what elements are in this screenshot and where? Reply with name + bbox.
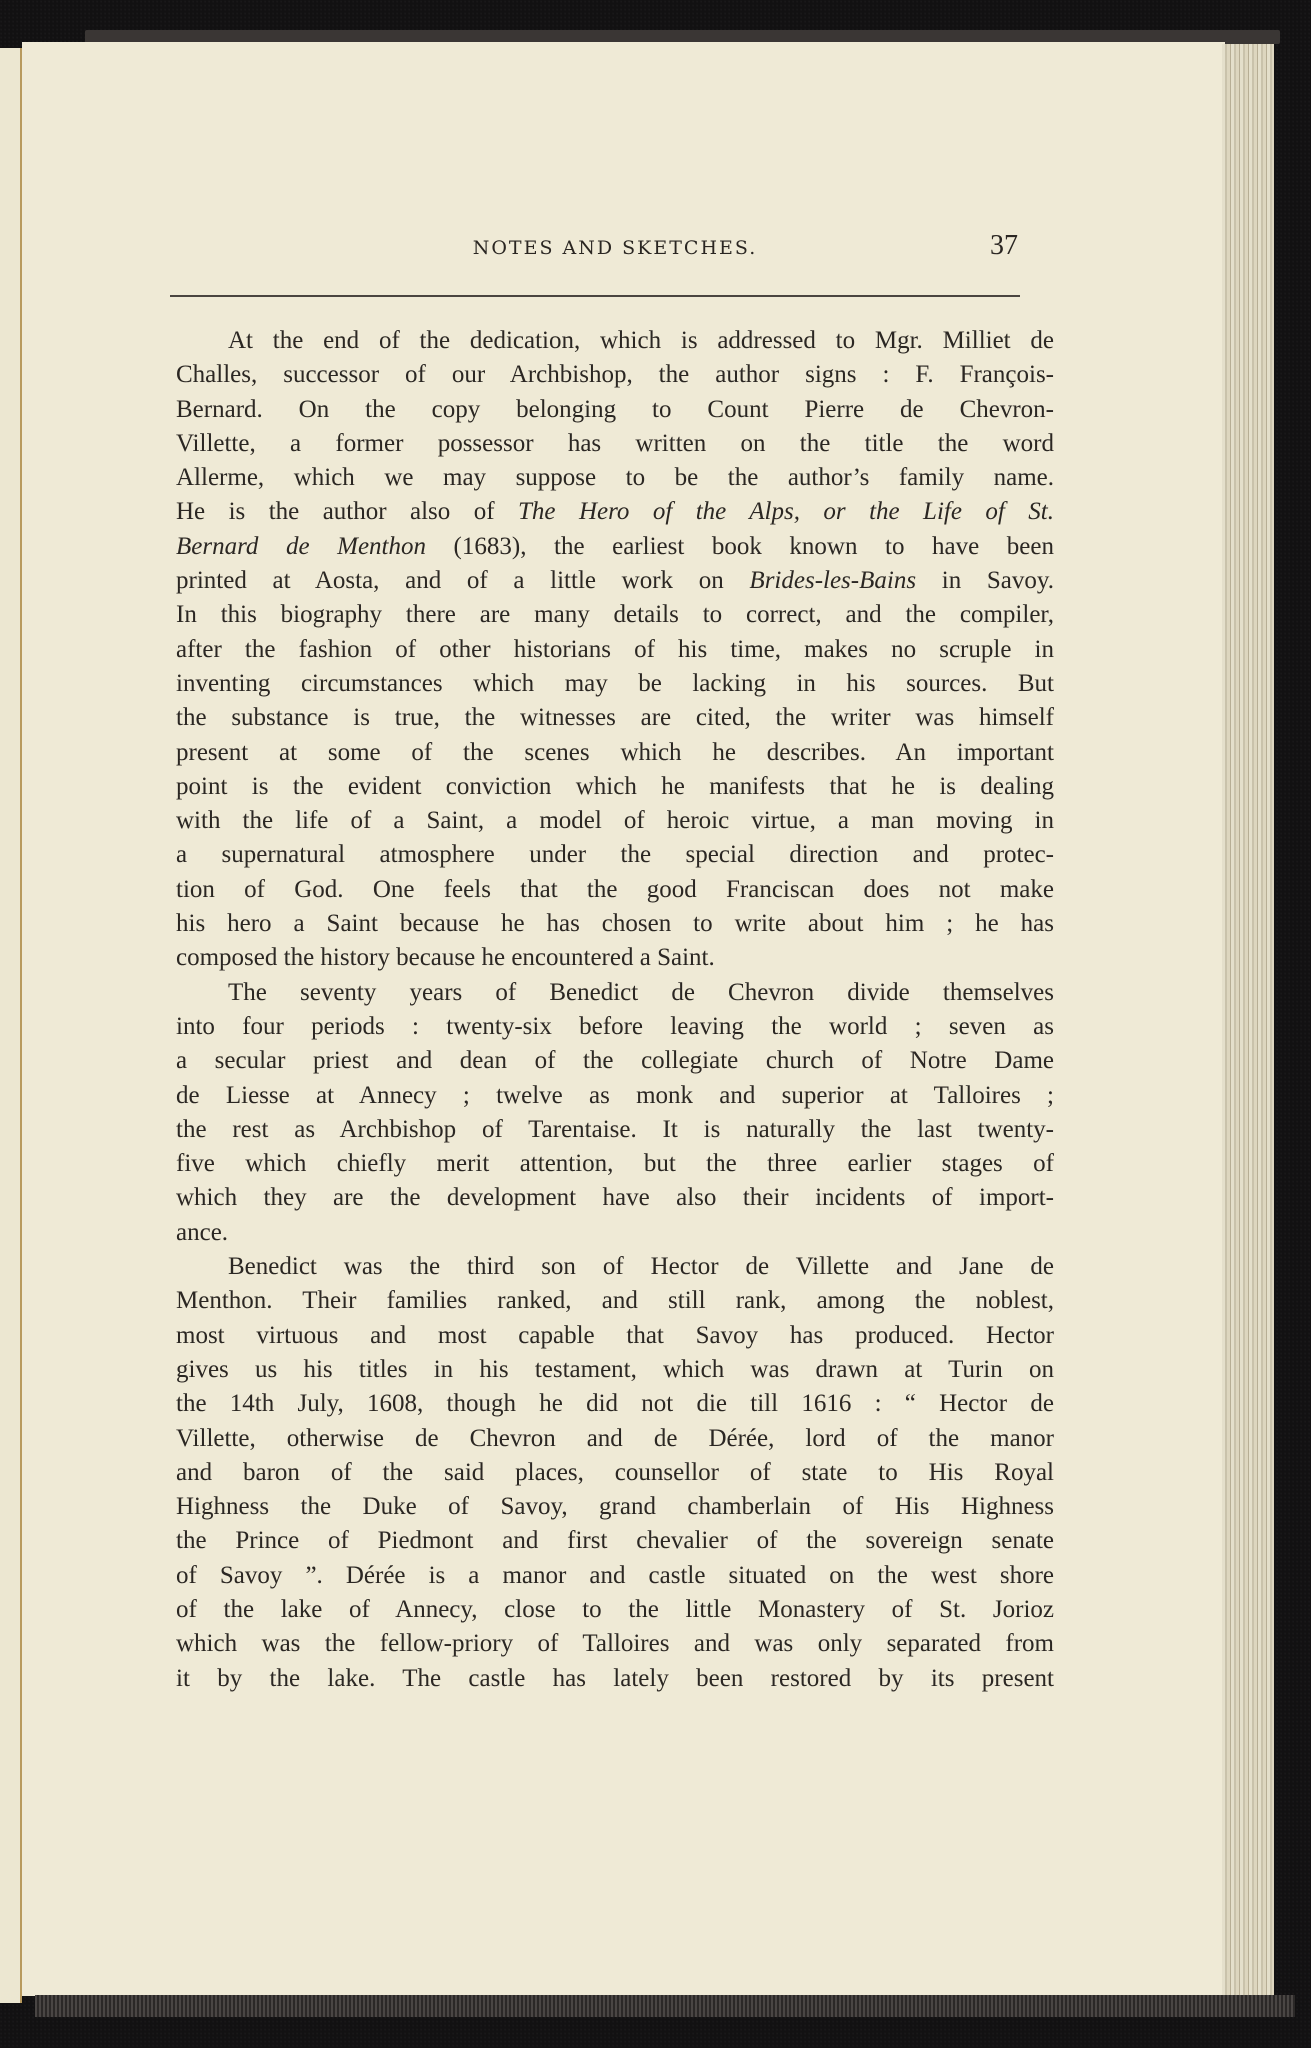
paragraph: The seventy years of Benedict de Chevron…: [176, 976, 1054, 1250]
text-line: Bernard de Menthon (1683), the earliest …: [176, 530, 1054, 564]
running-head: NOTES AND SKETCHES. 37: [0, 233, 1311, 263]
text-line: In this biography there are many details…: [176, 598, 1054, 632]
italic-title: Brides-les-Bains: [749, 567, 916, 594]
text-line: and baron of the said places, counsellor…: [176, 1456, 1054, 1490]
text-line: At the end of the dedication, which is a…: [176, 324, 1054, 358]
text-line: Allerme, which we may suppose to be the …: [176, 461, 1054, 495]
text-line: de Liesse at Annecy ; twelve as monk and…: [176, 1079, 1054, 1113]
text-line: The seventy years of Benedict de Chevron…: [176, 976, 1054, 1010]
text-line: it by the lake. The castle has lately be…: [176, 1662, 1054, 1696]
text-line: composed the history because he encounte…: [176, 941, 1054, 975]
text-line: gives us his titles in his testament, wh…: [176, 1353, 1054, 1387]
text-line: a supernatural atmosphere under the spec…: [176, 838, 1054, 872]
text-line: He is the author also of The Hero of the…: [176, 495, 1054, 529]
page-number: 37: [990, 231, 1018, 261]
text-line: the rest as Archbishop of Tarentaise. It…: [176, 1113, 1054, 1147]
italic-title: Bernard de Menthon: [176, 533, 426, 560]
text-line: Challes, successor of our Archbishop, th…: [176, 358, 1054, 392]
text-line: ance.: [176, 1216, 1054, 1250]
italic-title: The Hero of the Alps, or the Life of St.: [518, 498, 1054, 525]
paragraph: At the end of the dedication, which is a…: [176, 324, 1054, 976]
header-rule: [170, 295, 1020, 297]
text-line: most virtuous and most capable that Savo…: [176, 1319, 1054, 1353]
text-line: Bernard. On the copy belonging to Count …: [176, 393, 1054, 427]
text-line: tion of God. One feels that the good Fra…: [176, 873, 1054, 907]
text-line: printed at Aosta, and of a little work o…: [176, 564, 1054, 598]
text-line: Villette, a former possessor has written…: [176, 427, 1054, 461]
text-line: point is the evident conviction which he…: [176, 770, 1054, 804]
text-line: which they are the development have also…: [176, 1181, 1054, 1215]
text-line: Benedict was the third son of Hector de …: [176, 1250, 1054, 1284]
book-cover-bottom-edge: [35, 1995, 1295, 2017]
text-line: after the fashion of other historians of…: [176, 633, 1054, 667]
text-line: of the lake of Annecy, close to the litt…: [176, 1593, 1054, 1627]
running-head-title: NOTES AND SKETCHES.: [405, 233, 825, 263]
page-block-edges: [1222, 44, 1274, 1996]
text-line: five which chiefly merit attention, but …: [176, 1147, 1054, 1181]
text-line: into four periods : twenty-six before le…: [176, 1010, 1054, 1044]
text-line: with the life of a Saint, a model of her…: [176, 804, 1054, 838]
text-line: Menthon. Their families ranked, and stil…: [176, 1284, 1054, 1318]
text-line: which was the fellow-priory of Talloires…: [176, 1627, 1054, 1661]
text-line: Highness the Duke of Savoy, grand chambe…: [176, 1490, 1054, 1524]
text-line: the substance is true, the witnesses are…: [176, 701, 1054, 735]
text-line: of Savoy ”. Dérée is a manor and castle …: [176, 1559, 1054, 1593]
text-line: inventing circumstances which may be lac…: [176, 667, 1054, 701]
text-line: his hero a Saint because he has chosen t…: [176, 907, 1054, 941]
text-line: Villette, otherwise de Chevron and de Dé…: [176, 1422, 1054, 1456]
text-line: a secular priest and dean of the collegi…: [176, 1044, 1054, 1078]
text-line: the 14th July, 1608, though he did not d…: [176, 1387, 1054, 1421]
text-line: present at some of the scenes which he d…: [176, 736, 1054, 770]
body-text: At the end of the dedication, which is a…: [176, 324, 1054, 1696]
facing-page-edge: [0, 48, 22, 2003]
text-line: the Prince of Piedmont and first chevali…: [176, 1524, 1054, 1558]
paragraph: Benedict was the third son of Hector de …: [176, 1250, 1054, 1696]
